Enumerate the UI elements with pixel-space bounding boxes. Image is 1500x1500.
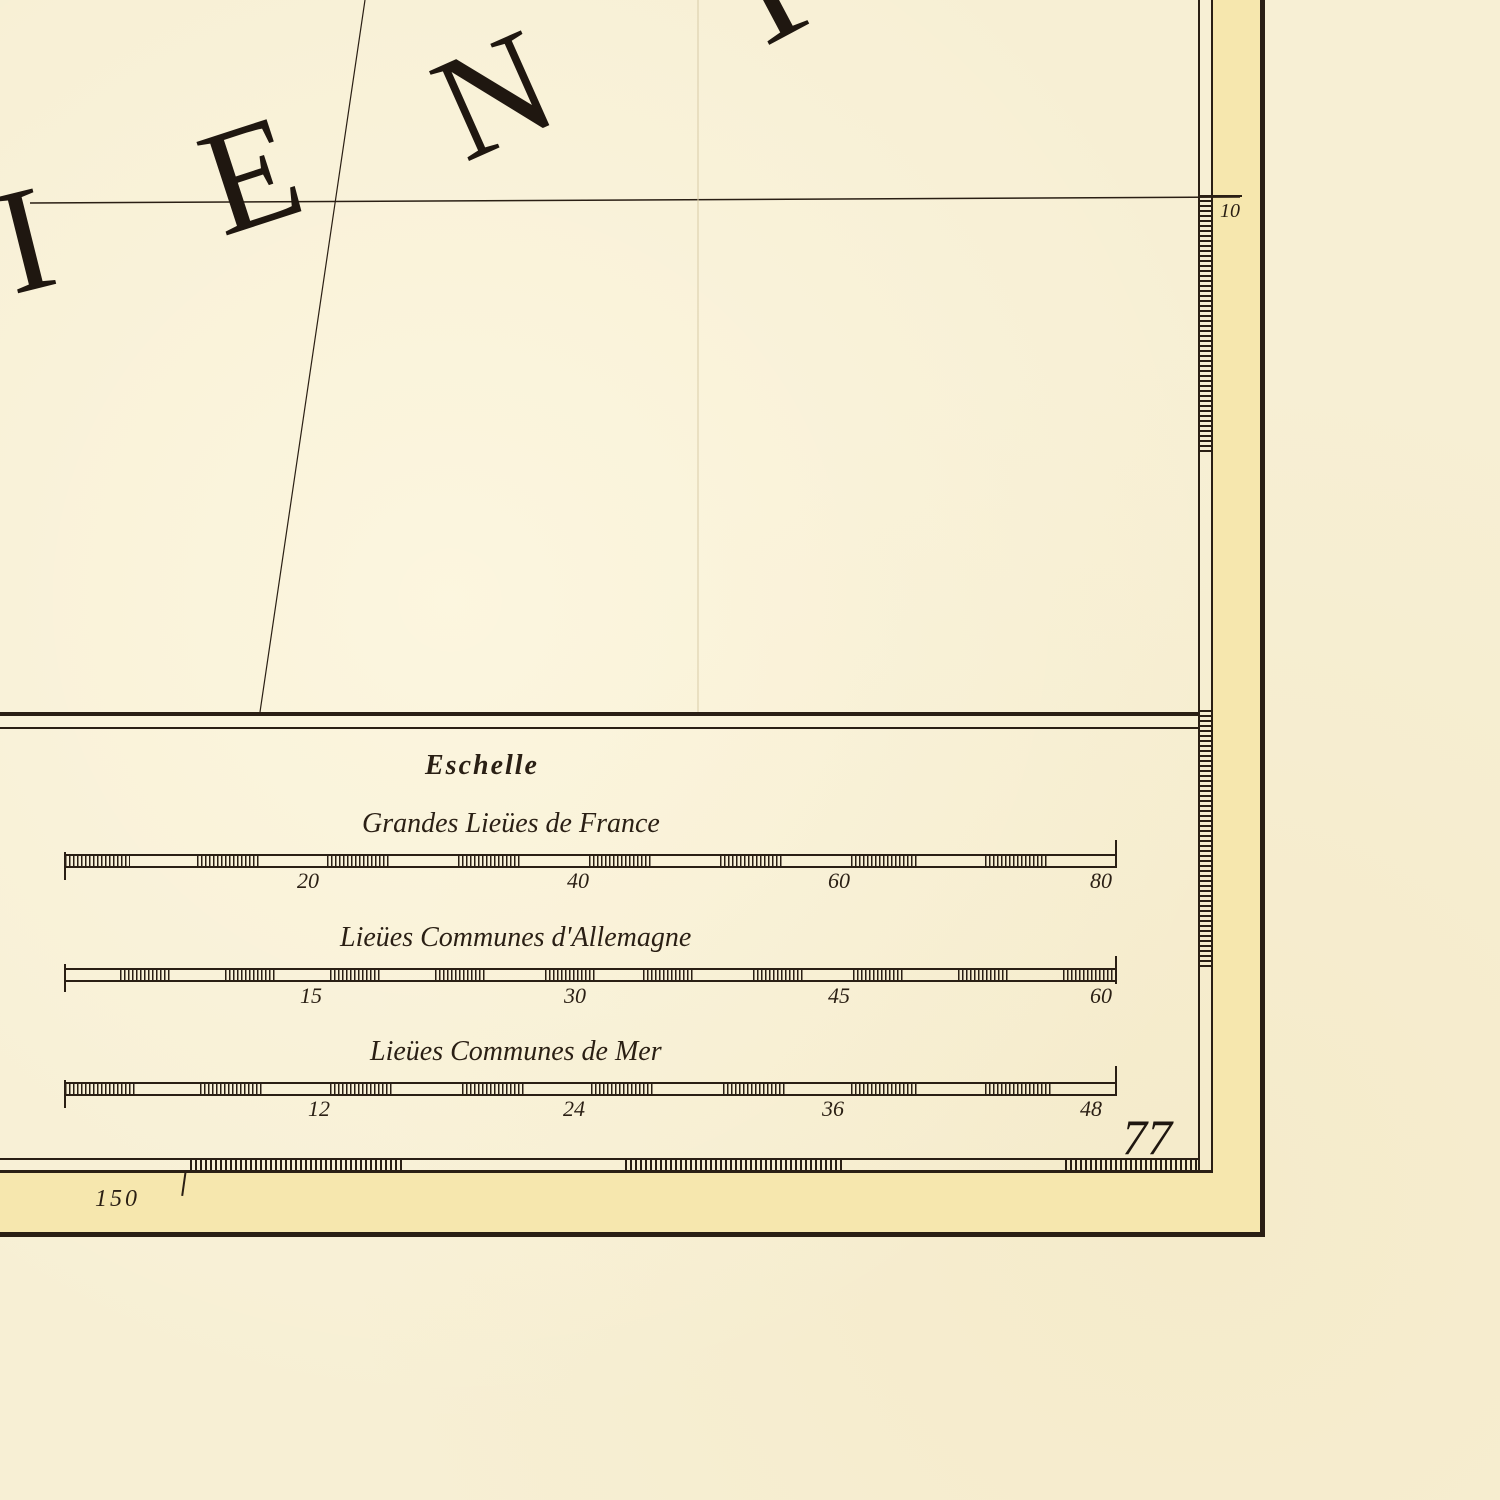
tick-label: 24 — [563, 1096, 585, 1122]
degree-label-10: 10 — [1220, 200, 1240, 223]
outer-border-right — [1260, 0, 1265, 1236]
tick-label: 15 — [300, 983, 322, 1009]
scale-title: Eschelle — [425, 750, 539, 782]
plate-number: 77 — [1122, 1108, 1172, 1166]
degree-tick-10 — [1198, 195, 1242, 197]
degree-label-150: 150 — [95, 1186, 140, 1213]
tick-label: 60 — [1090, 983, 1112, 1009]
bottom-degree-scale-1 — [190, 1160, 405, 1170]
scale-name-allemagne: Lieües Communes d'Allemagne — [340, 922, 691, 954]
outer-border-bottom — [0, 1232, 1265, 1237]
tick-label: 40 — [567, 868, 589, 894]
tick-label: 30 — [564, 983, 586, 1009]
tick-label: 80 — [1090, 868, 1112, 894]
scale-bar-allemagne — [65, 968, 1117, 982]
scale-bar-mer — [65, 1082, 1117, 1096]
scale-endcap — [1115, 1066, 1117, 1094]
scale-box-top-rule — [0, 712, 1200, 716]
scale-name-mer: Lieües Communes de Mer — [370, 1036, 662, 1068]
tick-label: 12 — [308, 1096, 330, 1122]
tick-label: 45 — [828, 983, 850, 1009]
scale-endcap — [64, 964, 66, 992]
scale-box-top-rule-thin — [0, 727, 1200, 729]
scale-name-france: Grandes Lieües de France — [362, 808, 660, 840]
inner-frame-right-1 — [1198, 0, 1200, 1170]
tick-label: 20 — [297, 868, 319, 894]
tick-label: 36 — [822, 1096, 844, 1122]
right-degree-scale-2 — [1198, 710, 1213, 970]
scale-endcap — [1115, 840, 1117, 868]
tick-label: 48 — [1080, 1096, 1102, 1122]
inner-frame-right-2 — [1211, 0, 1213, 1172]
inner-frame-bottom-2 — [0, 1170, 1213, 1173]
scale-bar-france — [65, 854, 1117, 868]
bottom-degree-scale-2 — [625, 1160, 845, 1170]
scale-endcap — [1115, 956, 1117, 984]
right-degree-scale-1 — [1198, 195, 1213, 455]
scale-endcap — [64, 852, 66, 880]
inner-frame-bottom-1 — [0, 1158, 1200, 1160]
scale-endcap — [64, 1080, 66, 1108]
tick-label: 60 — [828, 868, 850, 894]
